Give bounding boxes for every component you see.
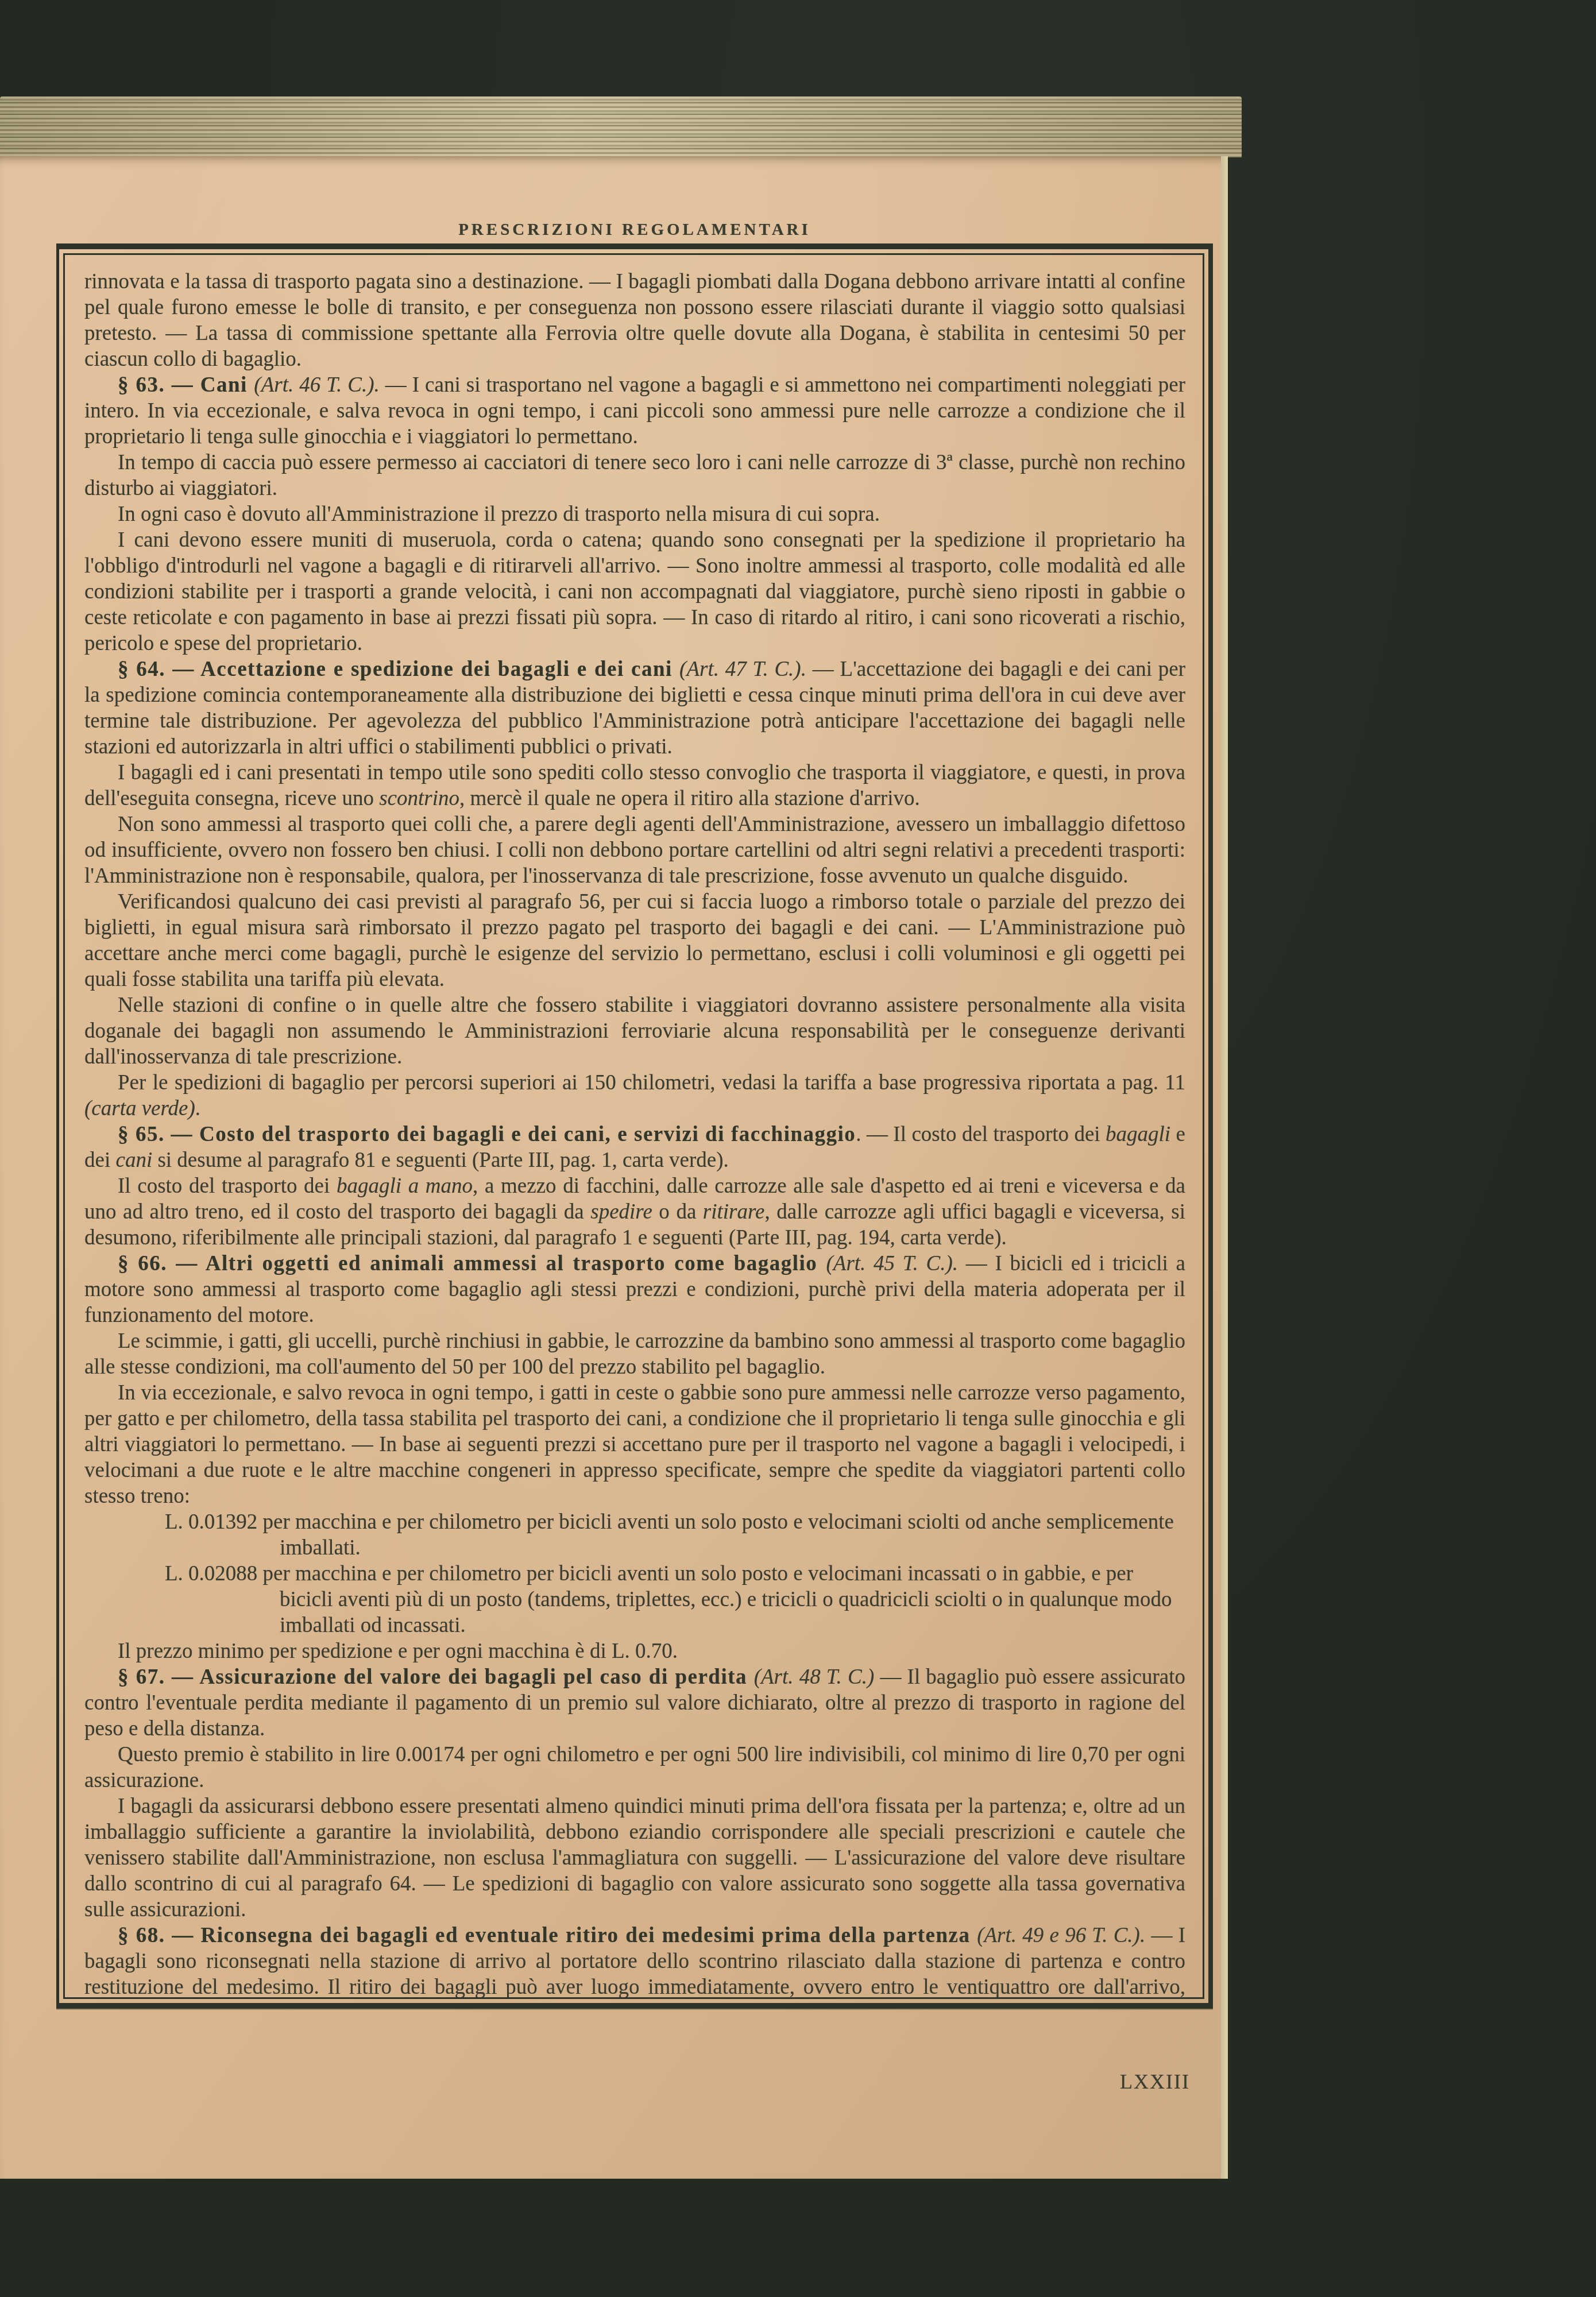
section-heading-text: § 65. — Costo del trasporto dei bagagli … — [118, 1123, 856, 1146]
body-text: I bagagli da assicurarsi debbono essere … — [84, 1795, 1185, 1921]
body-text: (carta verde) — [84, 1097, 195, 1120]
section-heading-text: § 67. — Assicurazione del valore dei bag… — [118, 1665, 754, 1689]
paragraph-21: Questo premio è stabilito in lire 0.0017… — [84, 1742, 1185, 1793]
paragraph-17: L. 0.01392 per macchina e per chilometro… — [84, 1509, 1185, 1561]
body-text: spedire — [590, 1200, 652, 1224]
page-body: rinnovata e la tassa di trasporto pagata… — [84, 269, 1185, 1999]
book-page-edges — [0, 96, 1242, 157]
body-text: L. 0.01392 per macchina e per chilometro… — [165, 1510, 1174, 1560]
section-heading-text: § 66. — Altri oggetti ed animali ammessi… — [118, 1252, 826, 1275]
body-text: Questo premio è stabilito in lire 0.0017… — [84, 1743, 1185, 1792]
body-text: bagagli — [1106, 1123, 1170, 1146]
paragraph-1: rinnovata e la tassa di trasporto pagata… — [84, 269, 1185, 372]
body-text: Le scimmie, i gatti, gli uccelli, purchè… — [84, 1329, 1185, 1379]
running-header: PRESCRIZIONI REGOLAMENTARI — [56, 221, 1213, 239]
paragraph-2: § 63. — Cani (Art. 46 T. C.). — I cani s… — [84, 372, 1185, 450]
body-text: In via eccezionale, e salvo revoca in og… — [84, 1381, 1185, 1508]
paragraph-18: L. 0.02088 per macchina e per chilometro… — [84, 1561, 1185, 1638]
section-heading-text: § 64. — Accettazione e spedizione dei ba… — [118, 658, 679, 681]
body-text: Per le spedizioni di bagaglio per percor… — [118, 1071, 1185, 1095]
body-text: (Art. 49 e 96 T. C.). — [977, 1924, 1145, 1947]
body-text: ritirare — [703, 1200, 765, 1224]
body-text: Il prezzo minimo per spedizione e per og… — [118, 1639, 678, 1663]
body-text: L. 0.02088 per macchina e per chilometro… — [165, 1562, 1172, 1637]
body-text: (Art. 45 T. C.). — [826, 1252, 959, 1275]
body-text: . — Il costo del trasporto dei — [856, 1123, 1106, 1146]
body-text: scontrino — [379, 787, 459, 810]
paragraph-9: Verificandosi qualcuno dei casi previsti… — [84, 889, 1185, 992]
paragraph-16: In via eccezionale, e salvo revoca in og… — [84, 1380, 1185, 1509]
body-text: In tempo di caccia può essere permesso a… — [84, 451, 1185, 500]
paragraph-20: § 67. — Assicurazione del valore dei bag… — [84, 1664, 1185, 1742]
page-number: LXXIII — [56, 2070, 1213, 2094]
section-heading-text: § 68. — Riconsegna dei bagagli ed eventu… — [118, 1924, 977, 1947]
body-text: (Art. 48 T. C.) — [754, 1665, 875, 1689]
body-text: cani — [115, 1148, 152, 1172]
paragraph-10: Nelle stazioni di confine o in quelle al… — [84, 992, 1185, 1070]
body-text: bagagli a mano — [337, 1174, 473, 1198]
paragraph-15: Le scimmie, i gatti, gli uccelli, purchè… — [84, 1328, 1185, 1380]
body-text: o da — [652, 1200, 703, 1224]
body-text: Nelle stazioni di confine o in quelle al… — [84, 993, 1185, 1069]
paragraph-13: Il costo del trasporto dei bagagli a man… — [84, 1173, 1185, 1251]
body-text: , mercè il quale ne opera il ritiro alla… — [459, 787, 920, 810]
paragraph-19: Il prezzo minimo per spedizione e per og… — [84, 1638, 1185, 1664]
text-frame-inner: rinnovata e la tassa di trasporto pagata… — [63, 253, 1204, 1999]
body-text: Il costo del trasporto dei — [118, 1174, 337, 1198]
paragraph-14: § 66. — Altri oggetti ed animali ammessi… — [84, 1251, 1185, 1328]
body-text: . — [195, 1097, 200, 1120]
body-text: si desume al paragrafo 81 e seguenti (Pa… — [152, 1148, 729, 1172]
paragraph-4: In ogni caso è dovuto all'Amministrazion… — [84, 501, 1185, 527]
paragraph-5: I cani devono essere muniti di museruola… — [84, 527, 1185, 656]
paragraph-12: § 65. — Costo del trasporto dei bagagli … — [84, 1122, 1185, 1173]
paragraph-8: Non sono ammessi al trasporto quei colli… — [84, 811, 1185, 889]
section-heading-text: § 63. — Cani — [118, 373, 254, 397]
body-text: (Art. 47 T. C.). — [679, 658, 806, 681]
body-text: I cani devono essere muniti di museruola… — [84, 528, 1185, 655]
body-text: rinnovata e la tassa di trasporto pagata… — [84, 270, 1185, 371]
paragraph-11: Per le spedizioni di bagaglio per percor… — [84, 1070, 1185, 1122]
paragraph-7: I bagagli ed i cani presentati in tempo … — [84, 760, 1185, 811]
paragraph-3: In tempo di caccia può essere permesso a… — [84, 450, 1185, 501]
body-text: In ogni caso è dovuto all'Amministrazion… — [118, 502, 880, 526]
paragraph-22: I bagagli da assicurarsi debbono essere … — [84, 1793, 1185, 1923]
paragraph-6: § 64. — Accettazione e spedizione dei ba… — [84, 656, 1185, 760]
paragraph-23: § 68. — Riconsegna dei bagagli ed eventu… — [84, 1923, 1185, 1999]
body-text: Verificandosi qualcuno dei casi previsti… — [84, 890, 1185, 991]
text-frame: rinnovata e la tassa di trasporto pagata… — [56, 243, 1213, 2009]
book-page: PRESCRIZIONI REGOLAMENTARI rinnovata e l… — [0, 156, 1227, 2179]
body-text: (Art. 46 T. C.). — [254, 373, 379, 397]
body-text: Non sono ammessi al trasporto quei colli… — [84, 813, 1185, 888]
page-fore-edge — [1221, 156, 1228, 2179]
